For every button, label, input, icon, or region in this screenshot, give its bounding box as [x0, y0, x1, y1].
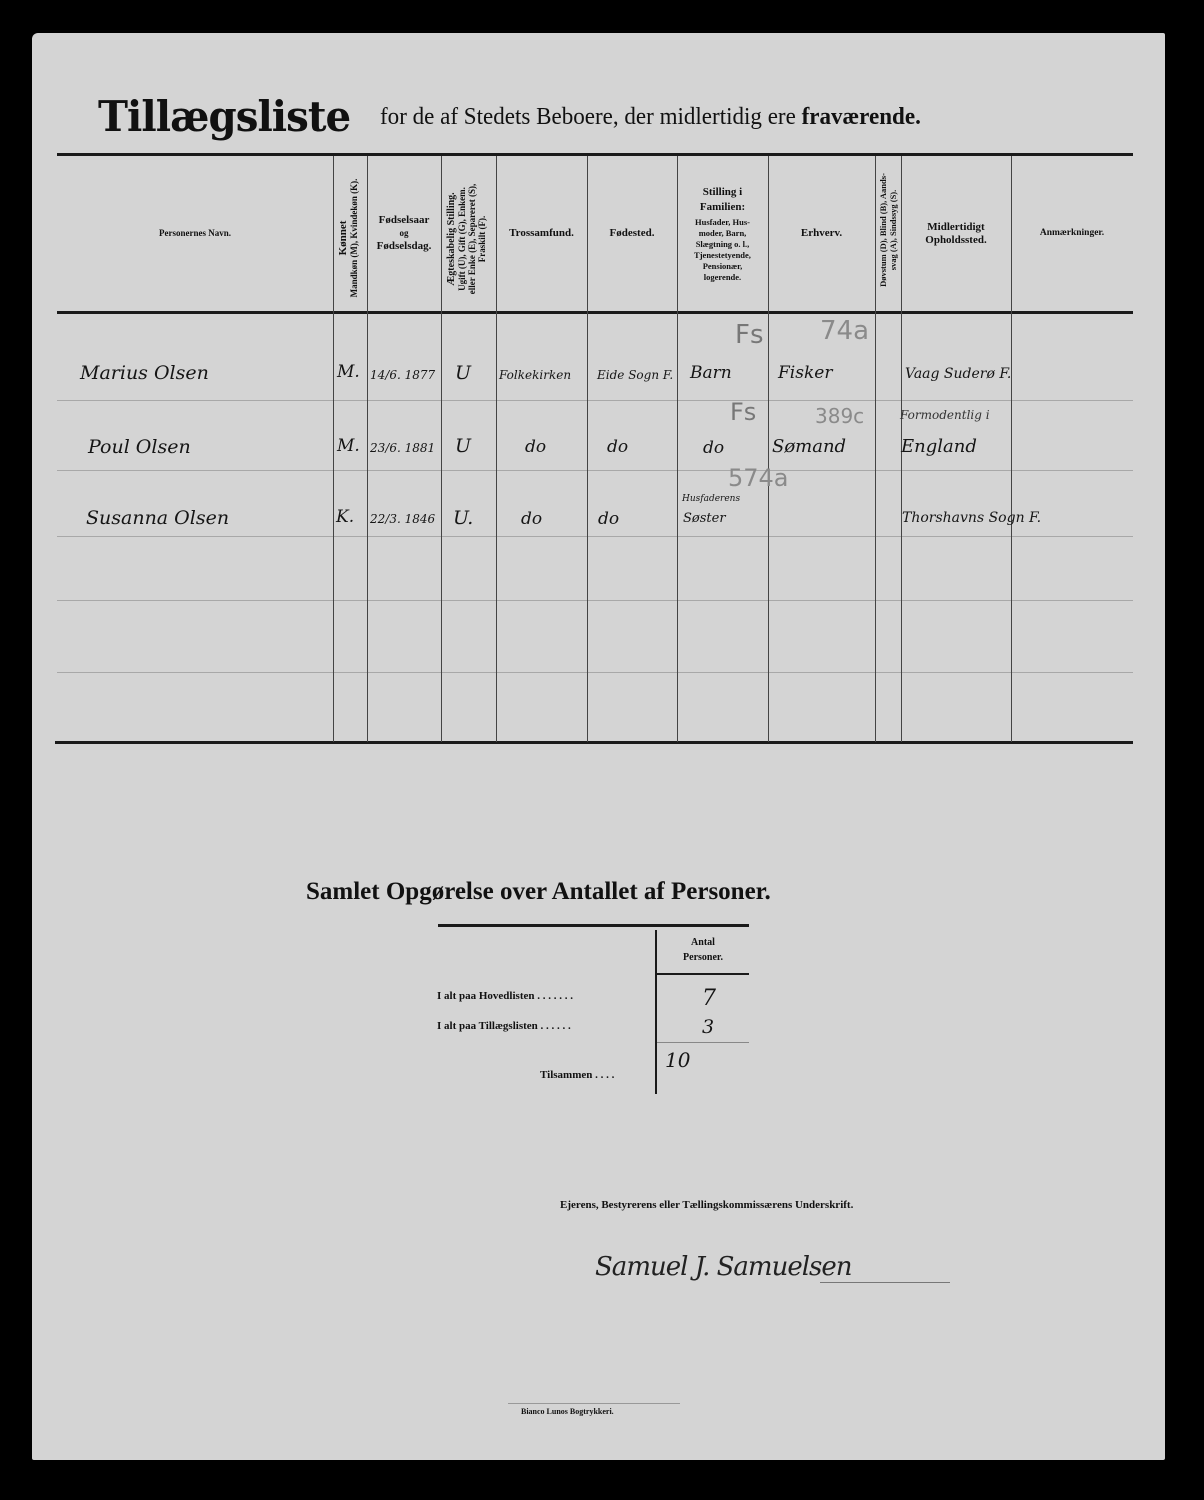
- cell-name: Poul Olsen: [88, 436, 191, 458]
- signature: Samuel J. Samuelsen: [595, 1252, 852, 1282]
- cell-marital: U: [455, 435, 471, 457]
- pencil-mark: Fs: [735, 320, 764, 350]
- header-birth-line2: og: [400, 227, 409, 240]
- row-rule: [57, 600, 1133, 601]
- cell-marital: U.: [453, 507, 473, 529]
- summary-value-main-list: 7: [702, 986, 716, 1011]
- header-name: Personernes Navn.: [57, 156, 333, 311]
- header-family-line3: Husfader, Hus-: [695, 217, 750, 228]
- header-birth-line1: Fødselsaar: [379, 214, 430, 227]
- header-remarks: Anmærkninger.: [1011, 156, 1133, 311]
- header-family-line8: logerende.: [704, 272, 741, 283]
- header-sex-line2: Mandkøn (M), Kvindekøn (K).: [349, 163, 359, 313]
- cell-residence: Vaag Suderø F.: [905, 366, 1011, 382]
- cell-name: Susanna Olsen: [86, 507, 229, 529]
- cell-marital: U: [455, 362, 471, 384]
- cell-family-line2: Søster: [683, 511, 726, 526]
- cell-religion: do: [525, 437, 546, 457]
- row-rule: [57, 470, 1133, 471]
- subtitle-bold: fraværende.: [802, 104, 921, 130]
- header-sex: Kønnet Mandkøn (M), Kvindekøn (K).: [337, 163, 363, 313]
- header-marital-line4: Fraskilt (F).: [477, 164, 487, 314]
- pencil-mark: 389c: [815, 404, 864, 428]
- header-family-line1: Stilling i: [703, 185, 742, 200]
- signature-label: Ejerens, Bestyrerens eller Tællingskommi…: [560, 1199, 853, 1211]
- header-family-line6: Tjenestetyende,: [694, 250, 751, 261]
- cell-residence: Thorshavns Sogn F.: [902, 510, 1041, 526]
- header-occupation: Erhverv.: [768, 156, 875, 311]
- header-marital-line1: Ægteskabelig Stilling.: [447, 164, 457, 314]
- cell-religion: do: [521, 509, 542, 529]
- cell-family: Barn: [690, 363, 732, 383]
- signature-underline: [820, 1282, 950, 1283]
- header-family-line2: Familien:: [700, 200, 745, 215]
- header-family-line4: moder, Barn,: [699, 228, 747, 239]
- cell-occupation: Sømand: [772, 436, 846, 457]
- form-title: Tillægsliste for de af Stedets Beboere, …: [98, 92, 361, 141]
- header-name-label: Personernes Navn.: [159, 227, 231, 240]
- cell-birthplace: do: [598, 509, 619, 529]
- column-divider: [875, 156, 876, 742]
- summary-header-rule: [657, 973, 749, 975]
- summary-sum-rule: [657, 1042, 749, 1043]
- row-rule: [57, 400, 1133, 401]
- header-religion: Trossamfund.: [496, 156, 587, 311]
- cell-religion: Folkekirken: [499, 368, 571, 382]
- summary-col-header-line2: Personer.: [657, 950, 749, 965]
- summary-label-supplement-list: I alt paa Tillægslisten . . . . . .: [437, 1020, 571, 1032]
- summary-col-header-line1: Antal: [657, 935, 749, 950]
- header-birthplace-label: Fødested.: [610, 227, 655, 240]
- summary-label-main-list: I alt paa Hovedlisten . . . . . . .: [437, 990, 573, 1002]
- cell-sex: K.: [336, 507, 354, 527]
- row-rule: [57, 672, 1133, 673]
- header-residence-line1: Midlertidigt: [927, 221, 984, 234]
- header-remarks-label: Anmærkninger.: [1040, 227, 1104, 240]
- row-rule: [57, 536, 1133, 537]
- header-disability-line2: svag (A), Sindssyg (S).: [888, 155, 898, 305]
- subtitle-plain: for de af Stedets Beboere, der midlertid…: [380, 104, 796, 130]
- header-bottom-rule: [57, 311, 1133, 314]
- header-sex-line1: Kønnet: [337, 163, 349, 313]
- header-family-line7: Pensionær,: [703, 261, 743, 272]
- cell-residence-line1: Formodentlig i: [900, 408, 990, 422]
- column-divider: [333, 156, 334, 742]
- summary-value-total: 10: [665, 1048, 690, 1072]
- cell-birth: 14/6. 1877: [370, 368, 435, 382]
- header-marital-line2: Ugift (U), Gift (G), Enkem.: [457, 164, 467, 314]
- printer-imprint: Bianco Lunos Bogtrykkeri.: [521, 1407, 614, 1416]
- header-residence: Midlertidigt Opholdssted.: [901, 156, 1011, 311]
- column-divider: [441, 156, 442, 742]
- cell-family-line1: Husfaderens: [682, 494, 740, 504]
- summary-col-header: Antal Personer.: [657, 935, 749, 965]
- cell-occupation: Fisker: [778, 363, 832, 383]
- summary-title: Samlet Opgørelse over Antallet af Person…: [306, 878, 771, 906]
- header-birth-line3: Fødselsdag.: [377, 240, 432, 253]
- cell-birth: 22/3. 1846: [370, 512, 435, 526]
- summary-value-supplement-list: 3: [702, 1016, 714, 1038]
- header-birthplace: Fødested.: [587, 156, 677, 311]
- cell-residence-line2: England: [901, 436, 977, 457]
- header-residence-line2: Opholdssted.: [925, 234, 986, 247]
- cell-sex: M.: [337, 362, 360, 382]
- header-marital-line3: eller Enke (E), Separeret (S),: [467, 164, 477, 314]
- header-occupation-label: Erhverv.: [801, 227, 842, 240]
- cell-birthplace: Eide Sogn F.: [597, 368, 673, 382]
- pencil-mark: Fs: [730, 398, 756, 426]
- header-disability: Døvstum (D), Blind (B), Aands- svag (A),…: [878, 155, 900, 305]
- cell-name: Marius Olsen: [80, 362, 209, 384]
- header-religion-label: Trossamfund.: [509, 227, 574, 240]
- pencil-mark: 74a: [820, 316, 869, 346]
- cell-family: do: [703, 438, 724, 458]
- cell-birthplace: do: [607, 437, 628, 457]
- cell-birth: 23/6. 1881: [370, 441, 435, 455]
- header-family-line5: Slægtning o. l.,: [696, 239, 750, 250]
- cell-sex: M.: [337, 436, 360, 456]
- form-title-main: Tillægsliste: [98, 92, 350, 141]
- header-birth: Fødselsaar og Fødselsdag.: [367, 156, 441, 311]
- printer-rule: [508, 1403, 680, 1404]
- table-bottom-rule: [55, 741, 1133, 744]
- summary-label-total: Tilsammen . . . .: [540, 1069, 614, 1081]
- pencil-mark: 574a: [728, 464, 789, 492]
- header-family-position: Stilling i Familien: Husfader, Hus- mode…: [677, 156, 768, 311]
- summary-top-rule: [438, 924, 749, 927]
- header-disability-line1: Døvstum (D), Blind (B), Aands-: [878, 155, 888, 305]
- form-subtitle: for de af Stedets Beboere, der midlertid…: [380, 104, 921, 131]
- header-marital: Ægteskabelig Stilling. Ugift (U), Gift (…: [447, 164, 491, 314]
